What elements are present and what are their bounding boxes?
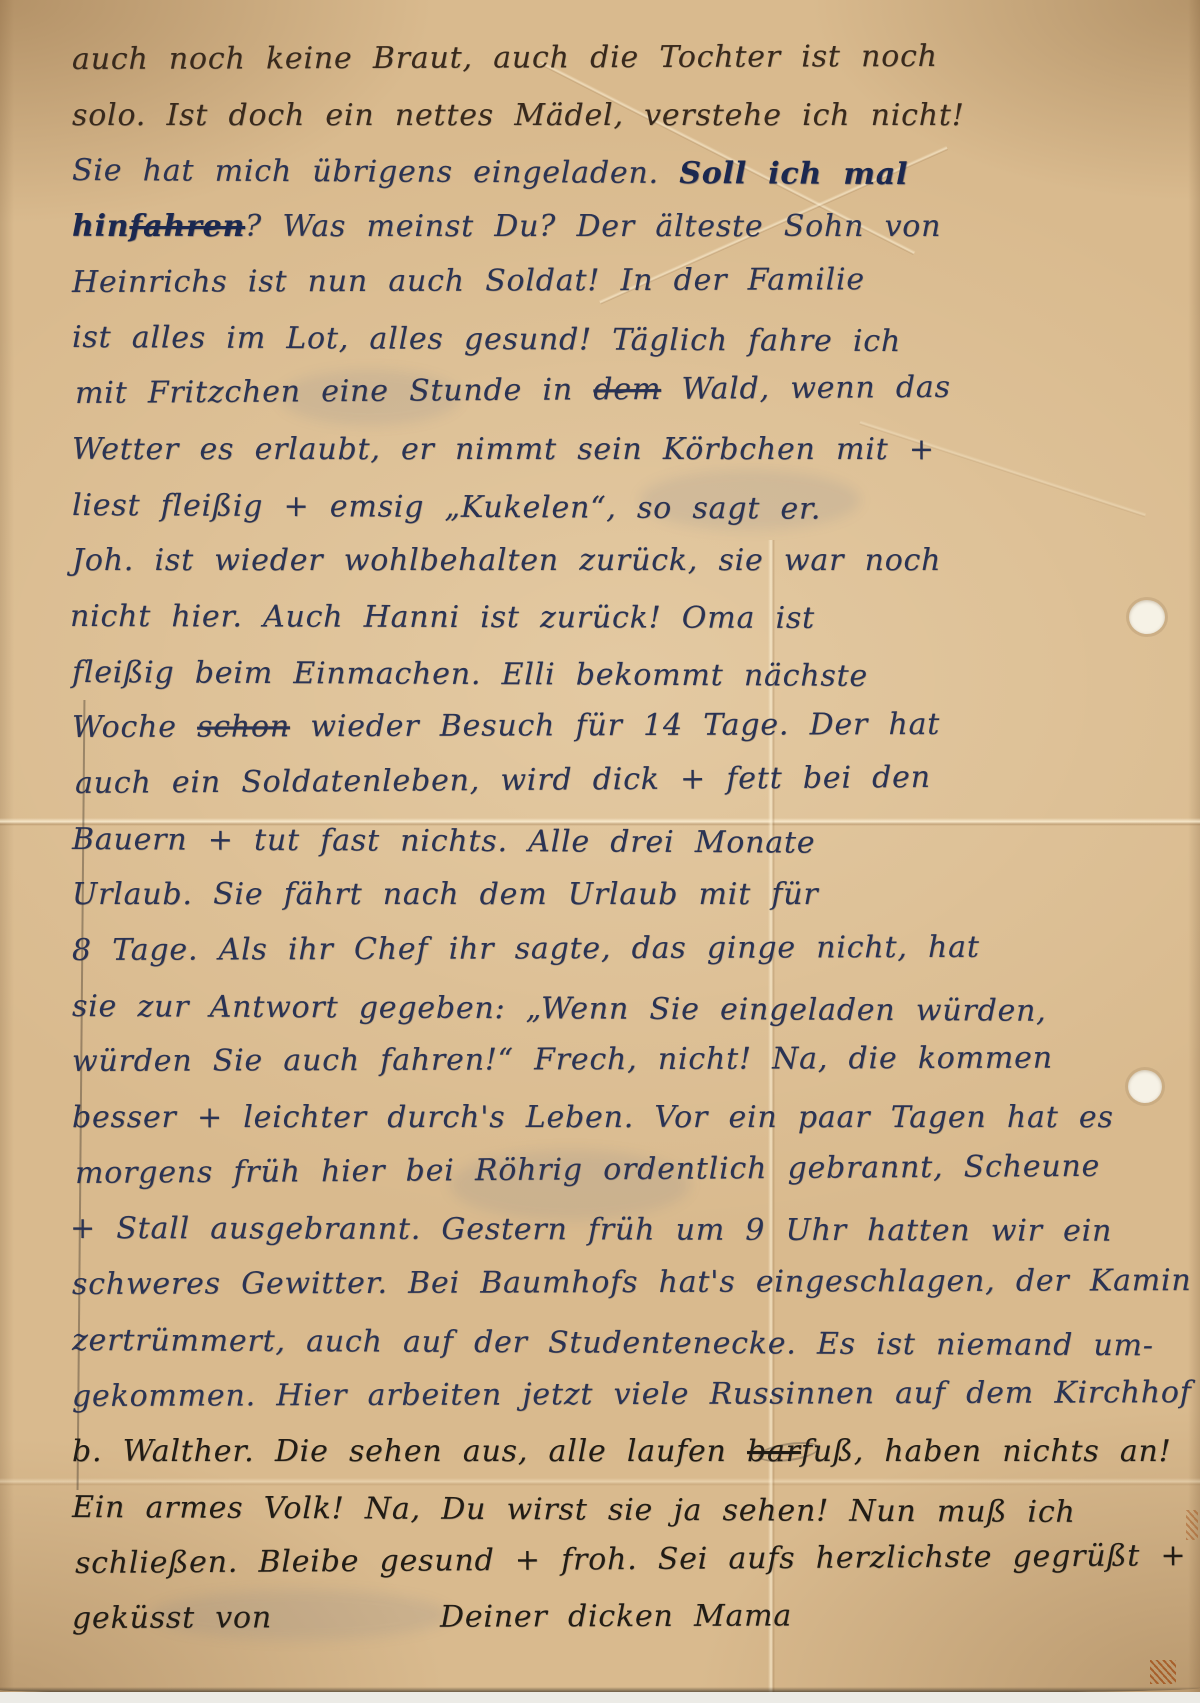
- text-segment: würden Sie auch fahren!“ Frech, nicht! N…: [72, 1041, 1053, 1079]
- punch-hole-top: [1129, 600, 1165, 634]
- text-segment: fahren: [129, 209, 245, 244]
- text-segment: Wald, wenn das: [661, 370, 951, 407]
- letter-line: schweres Gewitter. Bei Baumhofs hat's ei…: [72, 1253, 1130, 1312]
- text-segment: Soll ich mal: [679, 156, 908, 192]
- letter-line: hinfahren? Was meinst Du? Der älteste So…: [72, 199, 1130, 255]
- text-segment: Bauern + tut fast nichts. Alle drei Mona…: [72, 822, 816, 861]
- text-segment: ? Was meinst Du? Der älteste Sohn von: [245, 209, 941, 244]
- letter-line: würden Sie auch fahren!“ Frech, nicht! N…: [72, 1031, 1130, 1090]
- text-segment: morgens früh hier bei Röhrig ordentlich …: [75, 1149, 1100, 1191]
- text-segment: mit Fritzchen eine Stunde in: [75, 372, 594, 411]
- letter-line: besser + leichter durch's Leben. Vor ein…: [72, 1090, 1130, 1146]
- letter-line: nicht hier. Auch Hanni ist zurück! Oma i…: [70, 589, 1128, 647]
- text-segment: Heinrichs ist nun auch Soldat! In der Fa…: [72, 262, 865, 300]
- letter-line: mit Fritzchen eine Stunde in dem Wald, w…: [75, 359, 1133, 422]
- text-segment: bar: [747, 1434, 801, 1469]
- text-segment: schließen. Bleibe gesund + froh. Sei auf…: [75, 1538, 1187, 1581]
- letter-line: zertrümmert, auch auf der Studentenecke.…: [72, 1313, 1130, 1374]
- letter-line: Sie hat mich übrigens eingeladen. Soll i…: [72, 143, 1130, 204]
- letter-line: liest fleißig + emsig „Kukelen“, so sagt…: [72, 478, 1130, 539]
- rust-mark-right-edge: [1186, 1510, 1198, 1540]
- text-segment: zertrümmert, auch auf der Studentenecke.…: [72, 1323, 1154, 1363]
- text-segment: b. Walther. Die sehen aus, alle laufen: [72, 1434, 747, 1469]
- letter-line: geküsst vonDeiner dicken Mama: [72, 1588, 1130, 1647]
- punch-hole-bottom: [1128, 1070, 1162, 1103]
- letter-page: auch noch keine Braut, auch die Tochter …: [0, 0, 1200, 1703]
- text-segment: besser + leichter durch's Leben. Vor ein…: [72, 1100, 1114, 1135]
- text-segment: Sie hat mich übrigens eingeladen.: [72, 153, 679, 191]
- text-segment: schweres Gewitter. Bei Baumhofs hat's ei…: [72, 1263, 1192, 1302]
- text-segment: liest fleißig + emsig „Kukelen“, so sagt…: [72, 488, 821, 527]
- letter-line: Wetter es erlaubt, er nimmt sein Körbche…: [72, 422, 1130, 478]
- letter-line: auch ein Soldatenleben, wird dick + fett…: [75, 749, 1133, 812]
- letter-line: solo. Ist doch ein nettes Mädel, versteh…: [72, 88, 1130, 144]
- text-segment: fleißig beim Einmachen. Elli bekommt näc…: [72, 655, 868, 694]
- text-segment: + Stall ausgebrannt. Gestern früh um 9 U…: [70, 1211, 1112, 1249]
- text-segment: Urlaub. Sie fährt nach dem Urlaub mit fü…: [72, 877, 819, 912]
- letter-line: auch noch keine Braut, auch die Tochter …: [72, 28, 1130, 87]
- text-segment: schon: [197, 709, 290, 744]
- text-segment: hin: [72, 209, 129, 244]
- text-segment: Woche: [72, 710, 197, 745]
- letter-line: Urlaub. Sie fährt nach dem Urlaub mit fü…: [72, 867, 1130, 923]
- letter-line: 8 Tage. Als ihr Chef ihr sagte, das ging…: [72, 919, 1130, 978]
- text-segment: solo. Ist doch ein nettes Mädel, versteh…: [72, 98, 965, 133]
- text-segment: geküsst von: [72, 1601, 272, 1637]
- letter-line: schließen. Bleibe gesund + froh. Sei auf…: [75, 1528, 1133, 1591]
- letter-line: Woche schon wieder Besuch für 14 Tage. D…: [72, 697, 1130, 756]
- text-segment: wieder Besuch für 14 Tage. Der hat: [290, 707, 940, 744]
- text-segment: Wetter es erlaubt, er nimmt sein Körbche…: [72, 432, 935, 467]
- text-segment: Deiner dicken Mama: [440, 1599, 792, 1635]
- rust-mark-bottom-right: [1150, 1660, 1176, 1684]
- text-segment: dem: [593, 372, 661, 407]
- text-segment: Ein armes Volk! Na, Du wirst sie ja sehe…: [72, 1490, 1076, 1530]
- letter-line: Heinrichs ist nun auch Soldat! In der Fa…: [72, 251, 1130, 310]
- text-segment: gekommen. Hier arbeiten jetzt viele Russ…: [72, 1375, 1192, 1414]
- text-segment: 8 Tage. Als ihr Chef ihr sagte, das ging…: [72, 930, 980, 968]
- text-segment: ist alles im Lot, alles gesund! Täglich …: [72, 320, 901, 359]
- text-segment: Joh. ist wieder wohlbehalten zurück, sie…: [72, 543, 941, 578]
- text-segment: nicht hier. Auch Hanni ist zurück! Oma i…: [70, 599, 815, 636]
- text-segment: auch noch keine Braut, auch die Tochter …: [72, 39, 938, 77]
- letter-line: Joh. ist wieder wohlbehalten zurück, sie…: [72, 533, 1130, 589]
- letter-line: Bauern + tut fast nichts. Alle drei Mona…: [72, 812, 1130, 873]
- scan-edge-bottom: [0, 1692, 1200, 1703]
- letter-line: + Stall ausgebrannt. Gestern früh um 9 U…: [70, 1201, 1128, 1259]
- text-segment: auch ein Soldatenleben, wird dick + fett…: [75, 760, 931, 801]
- letter-text: auch noch keine Braut, auch die Tochter …: [72, 32, 1130, 1647]
- letter-line: morgens früh hier bei Röhrig ordentlich …: [75, 1138, 1133, 1201]
- letter-line: gekommen. Hier arbeiten jetzt viele Russ…: [72, 1365, 1130, 1424]
- signature-gap: [272, 1627, 440, 1628]
- text-segment: fuß, haben nichts an!: [801, 1434, 1172, 1469]
- text-segment: sie zur Antwort gegeben: „Wenn Sie einge…: [72, 989, 1047, 1029]
- letter-line: b. Walther. Die sehen aus, alle laufen b…: [72, 1424, 1130, 1480]
